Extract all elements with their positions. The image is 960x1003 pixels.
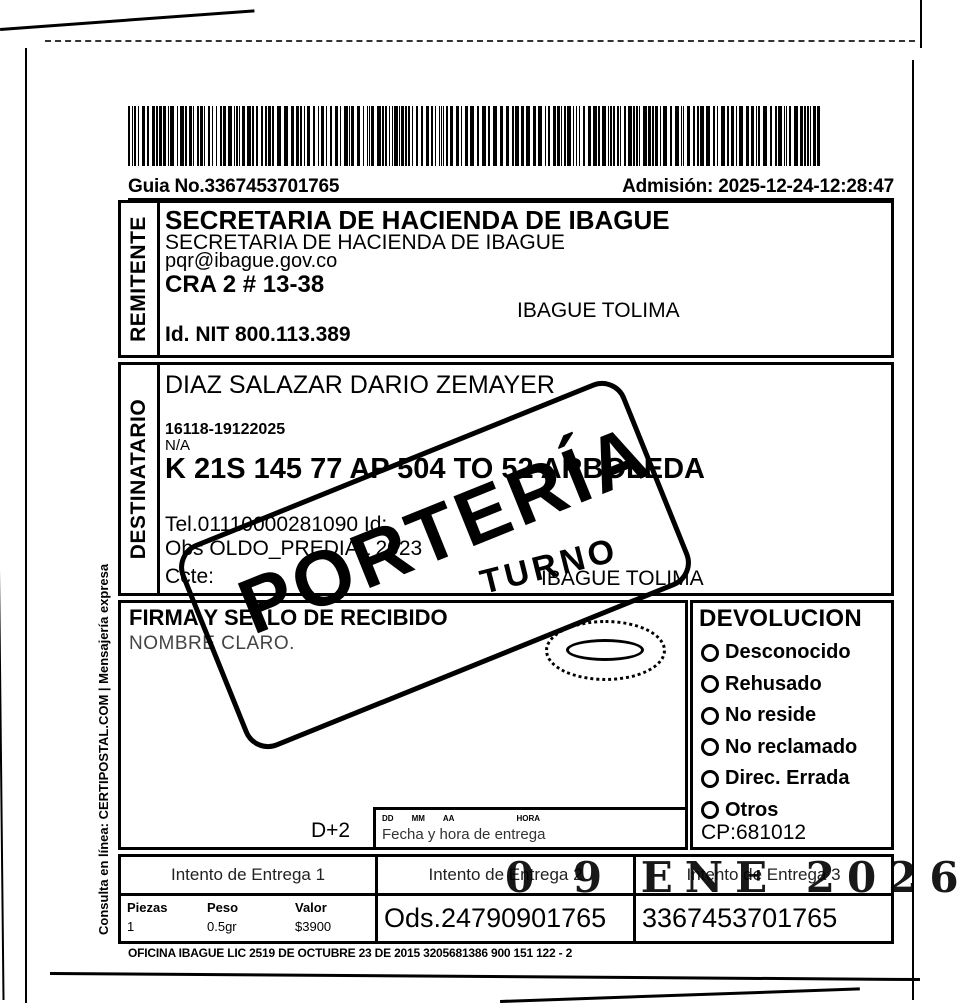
option-direc-errada[interactable]: Direc. Errada — [701, 763, 857, 795]
admission-date: Admisión: 2025-12-24-12:28:47 — [622, 176, 894, 198]
page-edge — [45, 40, 915, 42]
option-no-reside[interactable]: No reside — [701, 700, 857, 732]
page-edge — [25, 48, 27, 1003]
recipient-tel: Tel.01110000281090 Id: — [165, 513, 387, 537]
guia-number: Guia No.3367453701765 — [128, 176, 339, 198]
recipient-extra: N/A — [165, 437, 190, 454]
delivery-date-field: DD MM AA HORA Fecha y hora de entrega — [373, 807, 685, 847]
remitente-section: REMITENTE SECRETARIA DE HACIENDA DE IBAG… — [118, 200, 894, 358]
valor-value: $3900 — [295, 919, 375, 938]
destinatario-section: DESTINATARIO DIAZ SALAZAR DARIO ZEMAYER … — [118, 362, 894, 596]
radio-icon — [701, 675, 719, 693]
date-stamp: 0 9 ENE 2026 — [505, 853, 960, 902]
option-no-reclamado[interactable]: No reclamado — [701, 732, 857, 764]
remitente-label: REMITENTE — [121, 203, 160, 355]
envio-details: Piezas Peso Valor 1 0.5gr $3900 — [121, 896, 378, 941]
devolucion-title: DEVOLUCION — [699, 605, 862, 633]
seal-mark — [545, 620, 666, 681]
guia-header: Guia No.3367453701765 Admisión: 2025-12-… — [128, 176, 894, 200]
destinatario-label: DESTINATARIO — [121, 365, 160, 593]
delivery-date-label: Fecha y hora de entrega — [382, 826, 545, 843]
recipient-city: IBAGUE TOLIMA — [541, 567, 704, 591]
devolucion-options: Desconocido Rehusado No reside No reclam… — [701, 637, 857, 826]
page-edge — [920, 0, 922, 48]
valor-header: Valor — [295, 900, 375, 919]
radio-icon — [701, 644, 719, 662]
service-type: D+2 — [311, 819, 350, 843]
ods-number: Ods.24790901765 — [378, 896, 636, 941]
firma-subtitle: NOMBRE CLARO. — [129, 633, 295, 655]
recipient-address: K 21S 145 77 AP 504 TO 52 ARBOLEDA — [165, 453, 705, 486]
date-headers: DD MM AA HORA — [382, 814, 540, 823]
intento-1: Intento de Entrega 1 — [121, 857, 378, 893]
radio-icon — [701, 738, 719, 756]
piezas-header: Piezas — [127, 900, 207, 919]
sender-nit: Id. NIT 800.113.389 — [165, 323, 351, 347]
sender-email: pqr@ibague.gov.co — [165, 250, 337, 273]
sender-city: IBAGUE TOLIMA — [517, 299, 680, 323]
piezas-value: 1 — [127, 919, 207, 938]
peso-value: 0.5gr — [207, 919, 295, 938]
office-footer: OFICINA IBAGUE LIC 2519 DE OCTUBRE 23 DE… — [128, 946, 572, 960]
sender-address: CRA 2 # 13-38 — [165, 271, 324, 299]
page-edge — [0, 9, 255, 31]
peso-header: Peso — [207, 900, 295, 919]
recipient-ccte: Ccte: — [165, 565, 214, 589]
vertical-note: Consulta en línea: CERTIPOSTAL.COM | Men… — [96, 564, 111, 935]
postal-code: CP:681012 — [701, 821, 806, 845]
radio-icon — [701, 707, 719, 725]
radio-icon — [701, 770, 719, 788]
page-edge — [500, 987, 860, 1003]
recipient-name: DIAZ SALAZAR DARIO ZEMAYER — [165, 371, 555, 400]
page-edge — [0, 520, 5, 1000]
option-desconocido[interactable]: Desconocido — [701, 637, 857, 669]
barcode — [128, 106, 824, 166]
recipient-obs: Obs OLDO_PREDIAL 2023 — [165, 537, 422, 561]
envio-row: Piezas Peso Valor 1 0.5gr $3900 Ods.2479… — [121, 896, 891, 941]
firma-title: FIRMA Y SELLO DE RECIBIDO — [129, 605, 448, 631]
radio-icon — [701, 801, 719, 819]
option-rehusado[interactable]: Rehusado — [701, 669, 857, 701]
page-edge — [50, 972, 920, 981]
guia-number-bottom: 3367453701765 — [636, 896, 891, 941]
devolucion-section: DEVOLUCION Desconocido Rehusado No resid… — [690, 600, 894, 850]
